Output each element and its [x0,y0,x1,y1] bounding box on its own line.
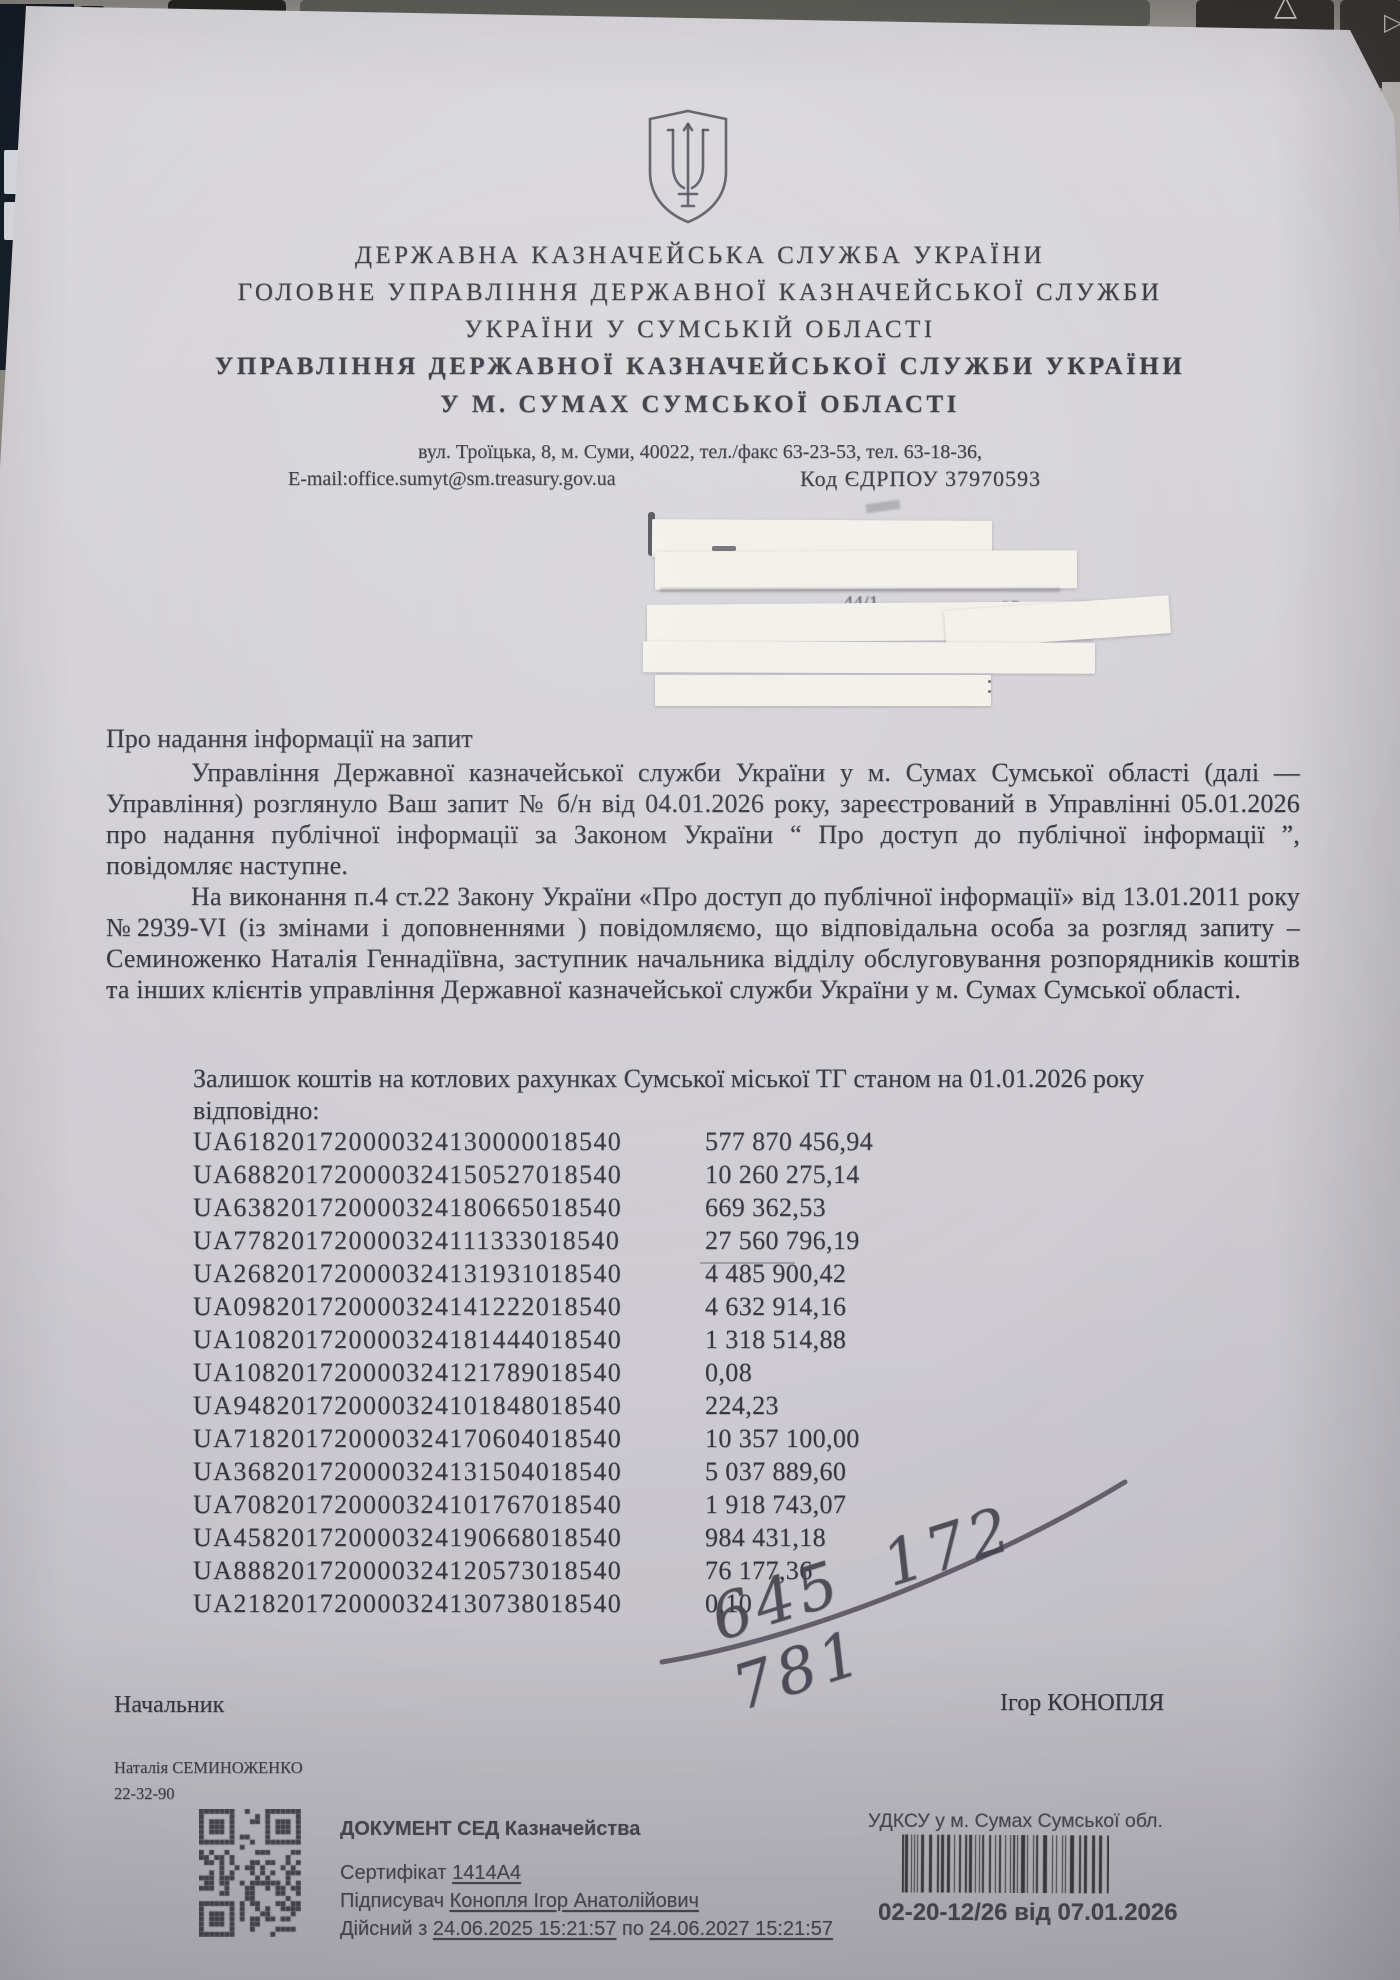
account-iban: UA718201720000324170604018540 [193,1424,622,1454]
account-amount: 0,08 [705,1358,752,1388]
stamp-validity-line: Дійсний з 24.06.2025 15:21:57 по 24.06.2… [340,1918,833,1941]
photo-of-document: △ ▷ ДЕРЖАВНА КАЗНАЧЕЙСЬКА СЛУЖБА УКРАЇНИ… [0,0,1400,1980]
address-line: вул. Троїцька, 8, м. Суми, 40022, тел./ф… [0,441,1400,464]
certificate-label: Сертифікат [340,1862,447,1884]
stamp-system-label: ДОКУМЕНТ СЕД Казначейства [340,1818,640,1841]
account-amount: 669 362,53 [705,1193,826,1223]
redacted-ink-trace [866,500,901,514]
paragraph-1: Управління Державної казначейської служб… [106,757,1300,881]
redaction-strip [655,550,1077,589]
account-row: UA618201720000324130000018540577 870 456… [106,1127,1300,1160]
account-iban: UA948201720000324101848018540 [193,1391,622,1421]
paragraph-2: На виконання п.4 ст.22 Закону України «П… [106,881,1300,1005]
account-iban: UA368201720000324131504018540 [193,1457,622,1487]
account-iban: UA778201720000324111333018540 [193,1226,620,1256]
qr-code-image [199,1809,301,1937]
org-name-line1: ДЕРЖАВНА КАЗНАЧЕЙСЬКА СЛУЖБА УКРАЇНИ [0,242,1400,270]
account-row: UA638201720000324180665018540669 362,53 [106,1193,1300,1226]
account-amount: 27 560 796,19 [705,1226,860,1256]
account-iban: UA218201720000324130738018540 [193,1589,622,1619]
executor-phone: 22-32-90 [114,1784,175,1804]
org-name-line3: УКРАЇНИ У СУМСЬКІЙ ОБЛАСТІ [0,316,1400,344]
validity-to: 24.06.2027 15:21:57 [649,1918,833,1940]
account-amount: 1 318 514,88 [705,1325,846,1355]
org-name-line2: ГОЛОВНЕ УПРАВЛІННЯ ДЕРЖАВНОЇ КАЗНАЧЕЙСЬК… [0,279,1400,307]
paragraph-3-cont: відповідно: [193,1096,320,1126]
play-icon: ▷ [1384,8,1400,36]
barcode-image [902,1834,1109,1893]
executor-name: Наталія СЕМИНОЖЕНКО [114,1758,303,1778]
account-iban: UA098201720000324141222018540 [193,1292,622,1322]
account-iban: UA708201720000324101767018540 [193,1490,622,1520]
paragraph-3: Залишок коштів на котлових рахунках Сумс… [193,1064,1144,1094]
subject-line: Про надання інформації на запит [106,724,473,754]
account-amount: 4 632 914,16 [705,1292,846,1322]
redacted-ink-trace [988,690,991,693]
account-row: UA948201720000324101848018540224,23 [106,1391,1300,1424]
account-iban: UA888201720000324120573018540 [193,1556,622,1586]
account-row: UA77820172000032411133301854027 560 796,… [106,1226,1300,1259]
redacted-ink-trace [712,546,736,551]
registration-number: 02-20-12/26 від 07.01.2026 [878,1899,1178,1927]
org-name-line4: УПРАВЛІННЯ ДЕРЖАВНОЇ КАЗНАЧЕЙСЬКОЇ СЛУЖБ… [0,353,1400,381]
org-name-line5: У М. СУМАХ СУМСЬКОЇ ОБЛАСТІ [0,391,1400,419]
stamp-certificate-line: Сертифікат 1414А4 [340,1862,521,1885]
validity-label: Дійсний з [340,1918,427,1940]
account-iban: UA618201720000324130000018540 [193,1127,622,1157]
account-iban: UA688201720000324150527018540 [193,1160,622,1190]
redacted-ink-trace [988,680,991,683]
account-iban: UA458201720000324190668018540 [193,1523,622,1553]
ukraine-trident-emblem-icon [646,108,730,226]
stamp-signer-line: Підписувач Конопля Ігор Анатолійович [340,1890,699,1913]
signer-position: Начальник [114,1692,224,1719]
certificate-value: 1414А4 [452,1862,521,1884]
account-row: UA1082017200003241814440185401 318 514,8… [106,1325,1300,1358]
email-line: E-mail:office.sumyt@sm.treasury.gov.ua [288,468,616,491]
registry-office: УДКСУ у м. Сумах Сумської обл. [868,1810,1163,1833]
document-page: ДЕРЖАВНА КАЗНАЧЕЙСЬКА СЛУЖБА УКРАЇНИ ГОЛ… [0,0,1400,1980]
account-iban: UA108201720000324121789018540 [193,1358,622,1388]
signer-value: Конопля Ігор Анатолійович [450,1890,699,1912]
account-iban: UA108201720000324181444018540 [193,1325,622,1355]
account-row: UA1082017200003241217890185400,08 [106,1358,1300,1391]
account-amount: 10 260 275,14 [705,1160,860,1190]
account-iban: UA638201720000324180665018540 [193,1193,622,1223]
account-row: UA0982017200003241412220185404 632 914,1… [106,1292,1300,1325]
validity-mid: по [622,1918,644,1940]
scan-artifact-line [700,1262,795,1264]
redaction-strip [643,641,1095,674]
account-row: UA68820172000032415052701854010 260 275,… [106,1160,1300,1193]
account-iban: UA268201720000324131931018540 [193,1259,622,1289]
signer-label: Підписувач [340,1890,444,1912]
edrpou-code: Код ЄДРПОУ 37970593 [800,466,1041,492]
eject-icon: △ [1274,0,1297,23]
validity-from: 24.06.2025 15:21:57 [433,1918,617,1940]
signer-name: Ігор КОНОПЛЯ [1000,1690,1164,1717]
redaction-strip [655,675,991,706]
account-amount: 224,23 [705,1391,779,1421]
account-amount: 577 870 456,94 [705,1127,873,1157]
